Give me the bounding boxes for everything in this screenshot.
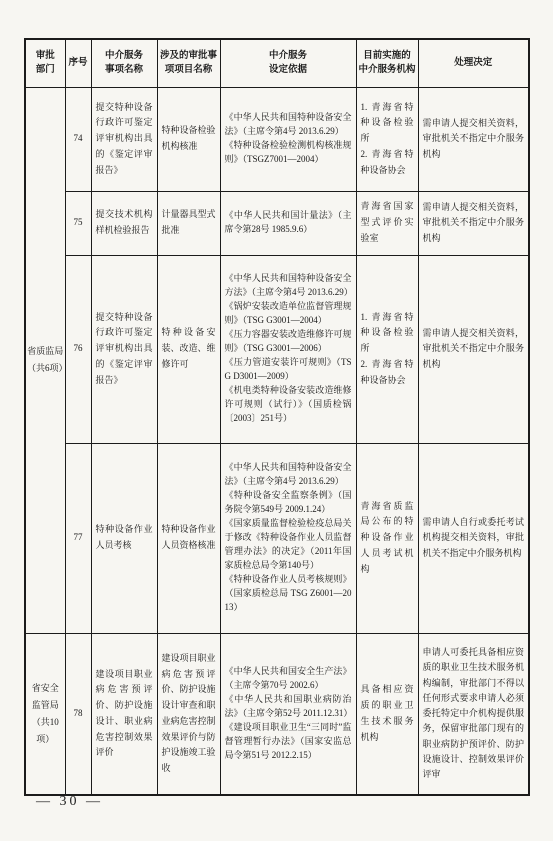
seq-cell-75: 75 bbox=[65, 191, 91, 255]
department-cell-quality-bureau: 省质监局 （共6项） bbox=[25, 87, 65, 633]
scanned-document-page: 审批 部门 序号 中介服务 事项名称 涉及的审批事 项项目名称 中介服务 设定依… bbox=[0, 0, 553, 841]
seq-cell-74: 74 bbox=[65, 87, 91, 191]
list-entry: 《中华人民共和国职业病防治法》（主席令第52号 2011.12.31） bbox=[225, 693, 352, 721]
basis-cell-76: 《中华人民共和国特种设备安全方法》（主席令第4号 2013.6.29）《锅炉安装… bbox=[220, 255, 356, 443]
list-entry: 2. 青海省特种设备协会 bbox=[361, 147, 414, 179]
col-header-basis: 中介服务 设定依据 bbox=[220, 39, 356, 87]
table-row: 76 提交特种设备行政许可鉴定评审机构出具的《鉴定评审报告》 特种设备安装、改造… bbox=[25, 255, 529, 443]
approval-item-cell-78: 建设项目职业病危害预评价、防护设施设计审查和职业病危害控制效果评价与防护设施竣工… bbox=[157, 633, 220, 795]
agency-cell-77: 青海省质监局公布的特种设备作业人员考试机构 bbox=[356, 443, 418, 633]
approval-item-cell-74: 特种设备检验机构核准 bbox=[157, 87, 220, 191]
decision-cell-76: 需申请人提交相关资料，审批机关不指定中介服务机构 bbox=[418, 255, 529, 443]
col-header-agency: 目前实施的 中介服务机构 bbox=[356, 39, 418, 87]
agency-cell-74: 1. 青海省特种设备检验所2. 青海省特种设备协会 bbox=[356, 87, 418, 191]
agency-cell-76: 1. 青海省特种设备检验所2. 青海省特种设备协会 bbox=[356, 255, 418, 443]
service-item-cell-75: 提交技术机构样机检验报告 bbox=[91, 191, 157, 255]
list-entry: 《压力容器安装改造维修许可规则》（TSG G3001—2006） bbox=[225, 328, 352, 356]
approval-item-cell-75: 计量器具型式批准 bbox=[157, 191, 220, 255]
decision-cell-75: 需申请人提交相关资料，审批机关不指定中介服务机构 bbox=[418, 191, 529, 255]
list-entry: 2. 青海省特种设备协会 bbox=[361, 357, 414, 389]
list-entry: 《中华人民共和国特种设备安全方法》（主席令第4号 2013.6.29） bbox=[225, 272, 352, 300]
col-header-service-item: 中介服务 事项名称 bbox=[91, 39, 157, 87]
list-entry: 《中华人民共和国特种设备安全法》（主席令第4号 2013.6.29） bbox=[225, 111, 352, 139]
seq-cell-76: 76 bbox=[65, 255, 91, 443]
list-entry: 《国家质量监督检验检疫总局关于修改《特种设备作业人员监督管理办法》的决定》（20… bbox=[225, 517, 352, 573]
list-entry: 《锅炉安装改造单位监督管理规则》（TSG G3001—2004） bbox=[225, 300, 352, 328]
list-entry: 《压力管道安装许可规则》（TSG D3001—2009） bbox=[225, 356, 352, 384]
list-entry: 《中华人民共和国计量法》（主席令第28号 1985.9.6） bbox=[225, 209, 352, 237]
col-header-department: 审批 部门 bbox=[25, 39, 65, 87]
col-header-seq: 序号 bbox=[65, 39, 91, 87]
service-item-cell-77: 特种设备作业人员考核 bbox=[91, 443, 157, 633]
department-cell-safety-bureau: 省安全 监管局 （共10项） bbox=[25, 633, 65, 795]
table-row: 77 特种设备作业人员考核 特种设备作业人员资格核准 《中华人民共和国特种设备安… bbox=[25, 443, 529, 633]
agency-cell-78: 具备相应资质的职业卫生技术服务机构 bbox=[356, 633, 418, 795]
basis-cell-74: 《中华人民共和国特种设备安全法》（主席令第4号 2013.6.29）《特种设备检… bbox=[220, 87, 356, 191]
basis-cell-77: 《中华人民共和国特种设备安全法》（主席令第4号 2013.6.29）《特种设备安… bbox=[220, 443, 356, 633]
approval-item-cell-76: 特种设备安装、改造、维修许可 bbox=[157, 255, 220, 443]
basis-cell-75: 《中华人民共和国计量法》（主席令第28号 1985.9.6） bbox=[220, 191, 356, 255]
service-item-cell-74: 提交特种设备行政许可鉴定评审机构出具的《鉴定评审报告》 bbox=[91, 87, 157, 191]
basis-cell-78: 《中华人民共和国安全生产法》（主席令第70号 2002.6）《中华人民共和国职业… bbox=[220, 633, 356, 795]
list-entry: 《中华人民共和国特种设备安全法》（主席令第4号 2013.6.29） bbox=[225, 461, 352, 489]
seq-cell-78: 78 bbox=[65, 633, 91, 795]
seq-cell-77: 77 bbox=[65, 443, 91, 633]
approval-item-cell-77: 特种设备作业人员资格核准 bbox=[157, 443, 220, 633]
table-row: 省安全 监管局 （共10项） 78 建设项目职业病危害预评价、防护设施设计、职业… bbox=[25, 633, 529, 795]
list-entry: 具备相应资质的职业卫生技术服务机构 bbox=[361, 682, 414, 745]
decision-cell-74: 需申请人提交相关资料，审批机关不指定中介服务机构 bbox=[418, 87, 529, 191]
col-header-approval-item: 涉及的审批事 项项目名称 bbox=[157, 39, 220, 87]
table-row: 75 提交技术机构样机检验报告 计量器具型式批准 《中华人民共和国计量法》（主席… bbox=[25, 191, 529, 255]
service-item-cell-76: 提交特种设备行政许可鉴定评审机构出具的《鉴定评审报告》 bbox=[91, 255, 157, 443]
list-entry: 《中华人民共和国安全生产法》（主席令第70号 2002.6） bbox=[225, 665, 352, 693]
table-row: 省质监局 （共6项） 74 提交特种设备行政许可鉴定评审机构出具的《鉴定评审报告… bbox=[25, 87, 529, 191]
col-header-decision: 处理决定 bbox=[418, 39, 529, 87]
intermediary-services-table: 审批 部门 序号 中介服务 事项名称 涉及的审批事 项项目名称 中介服务 设定依… bbox=[24, 38, 530, 796]
decision-cell-77: 需申请人自行或委托考试机构提交相关资料，审批机关不指定中介服务机构 bbox=[418, 443, 529, 633]
list-entry: 《机电类特种设备安装改造维修许可规则（试行）》（国质检锅〔2003〕251号） bbox=[225, 384, 352, 426]
list-entry: 《特种设备作业人员考核规则》（国家质检总局 TSG Z6001—2013） bbox=[225, 573, 352, 615]
table-header-row: 审批 部门 序号 中介服务 事项名称 涉及的审批事 项项目名称 中介服务 设定依… bbox=[25, 39, 529, 87]
list-entry: 1. 青海省特种设备检验所 bbox=[361, 100, 414, 147]
list-entry: 青海省国家型式评价实验室 bbox=[361, 199, 414, 246]
list-entry: 《建设项目职业卫生“三同时”监督管理暂行办法》（国家安监总局令第51号 2012… bbox=[225, 721, 352, 763]
page-number: — 30 — bbox=[36, 794, 103, 810]
list-entry: 1. 青海省特种设备检验所 bbox=[361, 310, 414, 357]
agency-cell-75: 青海省国家型式评价实验室 bbox=[356, 191, 418, 255]
list-entry: 《特种设备安全监察条例》（国务院令第549号 2009.1.24） bbox=[225, 489, 352, 517]
service-item-cell-78: 建设项目职业病危害预评价、防护设施设计、职业病危害控制效果评价 bbox=[91, 633, 157, 795]
list-entry: 青海省质监局公布的特种设备作业人员考试机构 bbox=[361, 499, 414, 578]
decision-cell-78: 申请人可委托具备相应资质的职业卫生技术服务机构编制，审批部门不得以任何形式要求申… bbox=[418, 633, 529, 795]
list-entry: 《特种设备检验检测机构核准规则》（TSGZ7001—2004） bbox=[225, 139, 352, 167]
